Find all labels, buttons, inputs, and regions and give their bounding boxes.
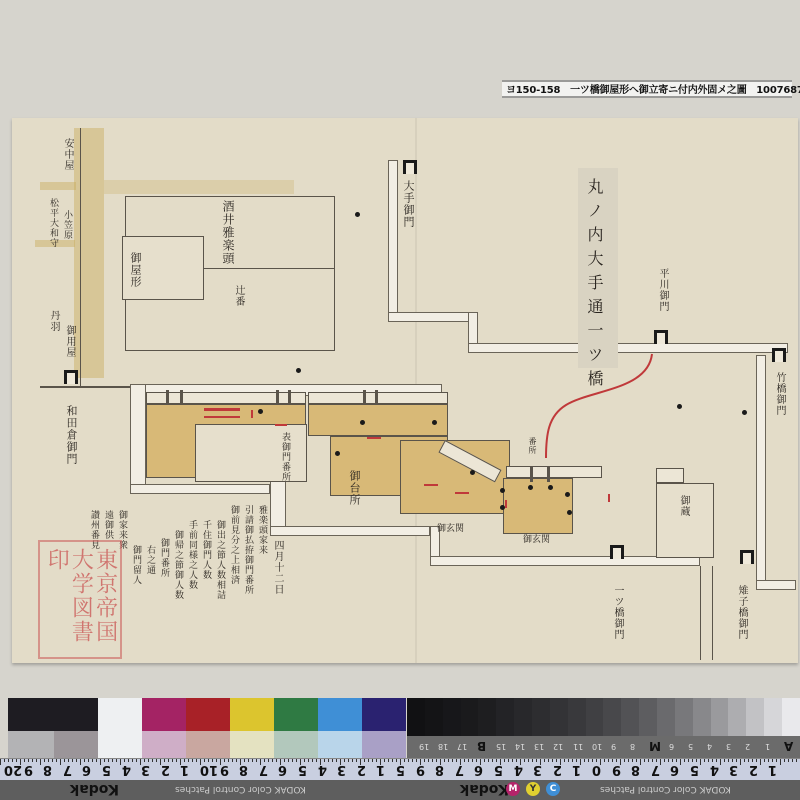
kodak-brand: Kodak <box>70 781 119 797</box>
street-label: 丹羽 <box>48 310 58 332</box>
street-label: 小笠原 <box>62 210 71 240</box>
gate-post <box>166 390 169 404</box>
ruler-number: 6 <box>82 762 91 777</box>
label-vestibule-2: 御玄関 <box>523 532 550 545</box>
note-line: 御門番所 <box>159 538 168 578</box>
gate-post <box>375 390 378 404</box>
note-line: 右之通 <box>145 545 154 575</box>
red-marker <box>275 424 287 426</box>
nagaya-strip <box>506 466 602 478</box>
gray-scale-labels: 191817B15141312111098M654321A <box>407 736 800 758</box>
cmy-dot-y: Y <box>526 782 540 796</box>
kodak-brand-text: KODAK Color Control Patches <box>175 784 306 794</box>
ruler-number: 4 <box>318 762 327 777</box>
street-label: 安中屋 <box>62 138 72 171</box>
gray-label: M <box>649 739 661 753</box>
gray-label: 1 <box>765 742 770 751</box>
label-kijibashi-gate: 雉子橋御門 <box>736 585 746 640</box>
gray-label: 15 <box>496 742 506 751</box>
gray-label: A <box>784 739 793 753</box>
color-patch <box>186 698 230 731</box>
kodak-brand-2: Kodak <box>460 781 509 797</box>
label-guard: 辻番 <box>233 285 243 307</box>
street-line <box>80 128 81 388</box>
ruler-number: 2 <box>357 762 366 777</box>
marker-dot <box>528 485 533 490</box>
red-marker <box>505 500 507 508</box>
color-patch <box>318 698 362 731</box>
compound-wall <box>270 526 430 536</box>
gray-label: B <box>477 739 486 753</box>
gray-label: 19 <box>419 742 429 751</box>
marker-dot <box>360 420 365 425</box>
label-inner-hall: 御屋形 <box>130 252 141 288</box>
ruler-number: 3 <box>729 762 738 777</box>
gray-label: 12 <box>553 742 563 751</box>
cmy-dot-c: C <box>546 782 560 796</box>
label-sakai: 酒井雅楽頭 <box>222 200 234 265</box>
marker-dot <box>500 488 505 493</box>
marker-dot <box>470 470 475 475</box>
ruler-number: 8 <box>43 762 52 777</box>
ruler-number: 4 <box>122 762 131 777</box>
label-takebashi-gate: 竹橋御門 <box>774 372 784 416</box>
note-line: 遠御供 <box>103 510 112 540</box>
nagaya-strip <box>308 392 448 404</box>
ruler-number: 4 <box>710 762 719 777</box>
red-marker <box>367 437 381 439</box>
gate-takebashi <box>772 348 786 362</box>
marker-dot <box>432 420 437 425</box>
gray-label: 4 <box>707 742 712 751</box>
storehouse-annex <box>656 468 684 483</box>
marker-dot <box>565 492 570 497</box>
marker-dot <box>567 510 572 515</box>
ruler-number: 5 <box>494 762 503 777</box>
street-label: 御用屋 <box>64 325 74 358</box>
ruler-number: 8 <box>631 762 640 777</box>
marker-dot <box>677 404 682 409</box>
ruler-number: 4 <box>514 762 523 777</box>
red-marker <box>608 494 610 502</box>
note-line: 千住御門人数 <box>201 520 210 580</box>
main-building-center <box>308 404 448 436</box>
label-wadakura-gate: 和田倉御門 <box>66 405 77 465</box>
note-line: 雅楽頭家来 <box>257 505 266 555</box>
red-marker <box>455 492 469 494</box>
label-front-gate-guard: 表御門番所 <box>280 432 289 482</box>
ruler-number: 3 <box>141 762 150 777</box>
color-patch <box>142 698 186 731</box>
note-line: 御出之節人数相詰 <box>215 520 224 600</box>
street-line <box>700 566 701 660</box>
moat-wall <box>388 312 474 322</box>
gray-label: 3 <box>726 742 731 751</box>
kodak-brand-text-2: KODAK Color Control Patches <box>600 784 731 794</box>
label-vestibule-1: 御玄関 <box>437 521 464 534</box>
ruler-number: 7 <box>63 762 72 777</box>
ruler-number: 3 <box>337 762 346 777</box>
seal-text: 東京帝国大学図書印 <box>44 548 117 653</box>
ruler-number: 10 <box>200 762 218 777</box>
gray-label: 18 <box>438 742 448 751</box>
label-hitotsubashi-gate: 一ツ橋御門 <box>612 585 622 640</box>
red-marker <box>204 416 240 418</box>
marker-dot <box>258 409 263 414</box>
side-street <box>40 182 76 190</box>
label-hirakawa-gate: 平川御門 <box>657 268 667 312</box>
note-line: 手前同様之人数 <box>187 520 196 590</box>
street-line <box>712 566 713 660</box>
ruler-number: 5 <box>690 762 699 777</box>
gate-post <box>276 390 279 404</box>
gray-label: 10 <box>592 742 602 751</box>
compound-wall <box>130 384 146 494</box>
compound-wall <box>130 484 270 494</box>
gate-kijibashi <box>740 550 754 564</box>
color-patch <box>54 698 98 731</box>
red-marker <box>251 410 253 418</box>
gray-label: 9 <box>611 742 616 751</box>
label-kitchen: 御台所 <box>349 470 360 506</box>
ruler-number: 1 <box>180 762 189 777</box>
nagaya-strip <box>146 392 306 404</box>
procession-route <box>530 350 660 460</box>
marker-dot <box>548 485 553 490</box>
gray-label: 8 <box>630 742 635 751</box>
ruler-number: 2 <box>749 762 758 777</box>
catalog-label: ヨ150-158 一ツ橋御屋形へ御立寄ニ付内外固メ之圖 10076879828 <box>502 80 792 98</box>
color-patch <box>274 698 318 731</box>
note-line: 引請御払拵御門番所 <box>243 505 252 595</box>
gray-label: 14 <box>515 742 525 751</box>
label-storehouse: 御蔵 <box>678 495 688 517</box>
gate-hirakawa <box>654 330 668 344</box>
note-line: 御帰之節御人数 <box>173 530 182 600</box>
label-guardhouse: 番所 <box>528 437 536 455</box>
main-building-far-east <box>503 478 573 534</box>
ruler-number: 6 <box>670 762 679 777</box>
ruler-number: 1 <box>768 762 777 777</box>
red-marker <box>204 408 240 411</box>
ruler: 2098765432110987654321598765432109876543… <box>0 758 800 782</box>
gray-label: 11 <box>573 742 583 751</box>
gate-post <box>547 466 550 482</box>
marker-dot <box>355 212 360 217</box>
marker-dot <box>296 368 301 373</box>
gray-label: 17 <box>457 742 467 751</box>
red-marker <box>424 484 438 486</box>
color-patch <box>8 698 54 731</box>
note-line: 御前見分之上相済 <box>229 505 238 585</box>
cmy-dot-m: M <box>506 782 520 796</box>
marker-dot <box>335 451 340 456</box>
ruler-number: 2 <box>161 762 170 777</box>
gray-label: 2 <box>745 742 750 751</box>
moat-wall <box>756 580 796 590</box>
kodak-bar: Kodak KODAK Color Control Patches Kodak … <box>0 780 800 800</box>
color-patch <box>230 698 274 731</box>
street-label: 松平大和守 <box>48 198 57 248</box>
gate-wadakura <box>64 370 78 384</box>
label-ote-gate: 大手御門 <box>403 180 414 228</box>
water-stain <box>74 128 104 378</box>
room-divider <box>204 268 334 269</box>
ruler-number: 7 <box>651 762 660 777</box>
gray-label: 5 <box>688 742 693 751</box>
courtyard <box>195 424 307 482</box>
marker-dot <box>500 505 505 510</box>
moat-wall <box>388 160 398 320</box>
water-stain <box>104 180 294 194</box>
gate-post <box>530 466 533 482</box>
note-line: 御門留人 <box>131 545 140 585</box>
color-patch <box>98 698 142 764</box>
gray-label: 13 <box>534 742 544 751</box>
ruler-number: 6 <box>474 762 483 777</box>
gate-ote <box>403 160 417 174</box>
color-patch <box>362 698 406 731</box>
gray-label: 6 <box>669 742 674 751</box>
note-date: 四月十二日 <box>272 540 282 595</box>
marker-dot <box>742 410 747 415</box>
ruler-number: 5 <box>102 762 111 777</box>
gate-post <box>288 390 291 404</box>
gate-post <box>180 390 183 404</box>
gate-hitotsubashi <box>610 545 624 559</box>
moat-wall <box>756 355 766 590</box>
gate-post <box>363 390 366 404</box>
ruler-number: 9 <box>24 762 33 777</box>
